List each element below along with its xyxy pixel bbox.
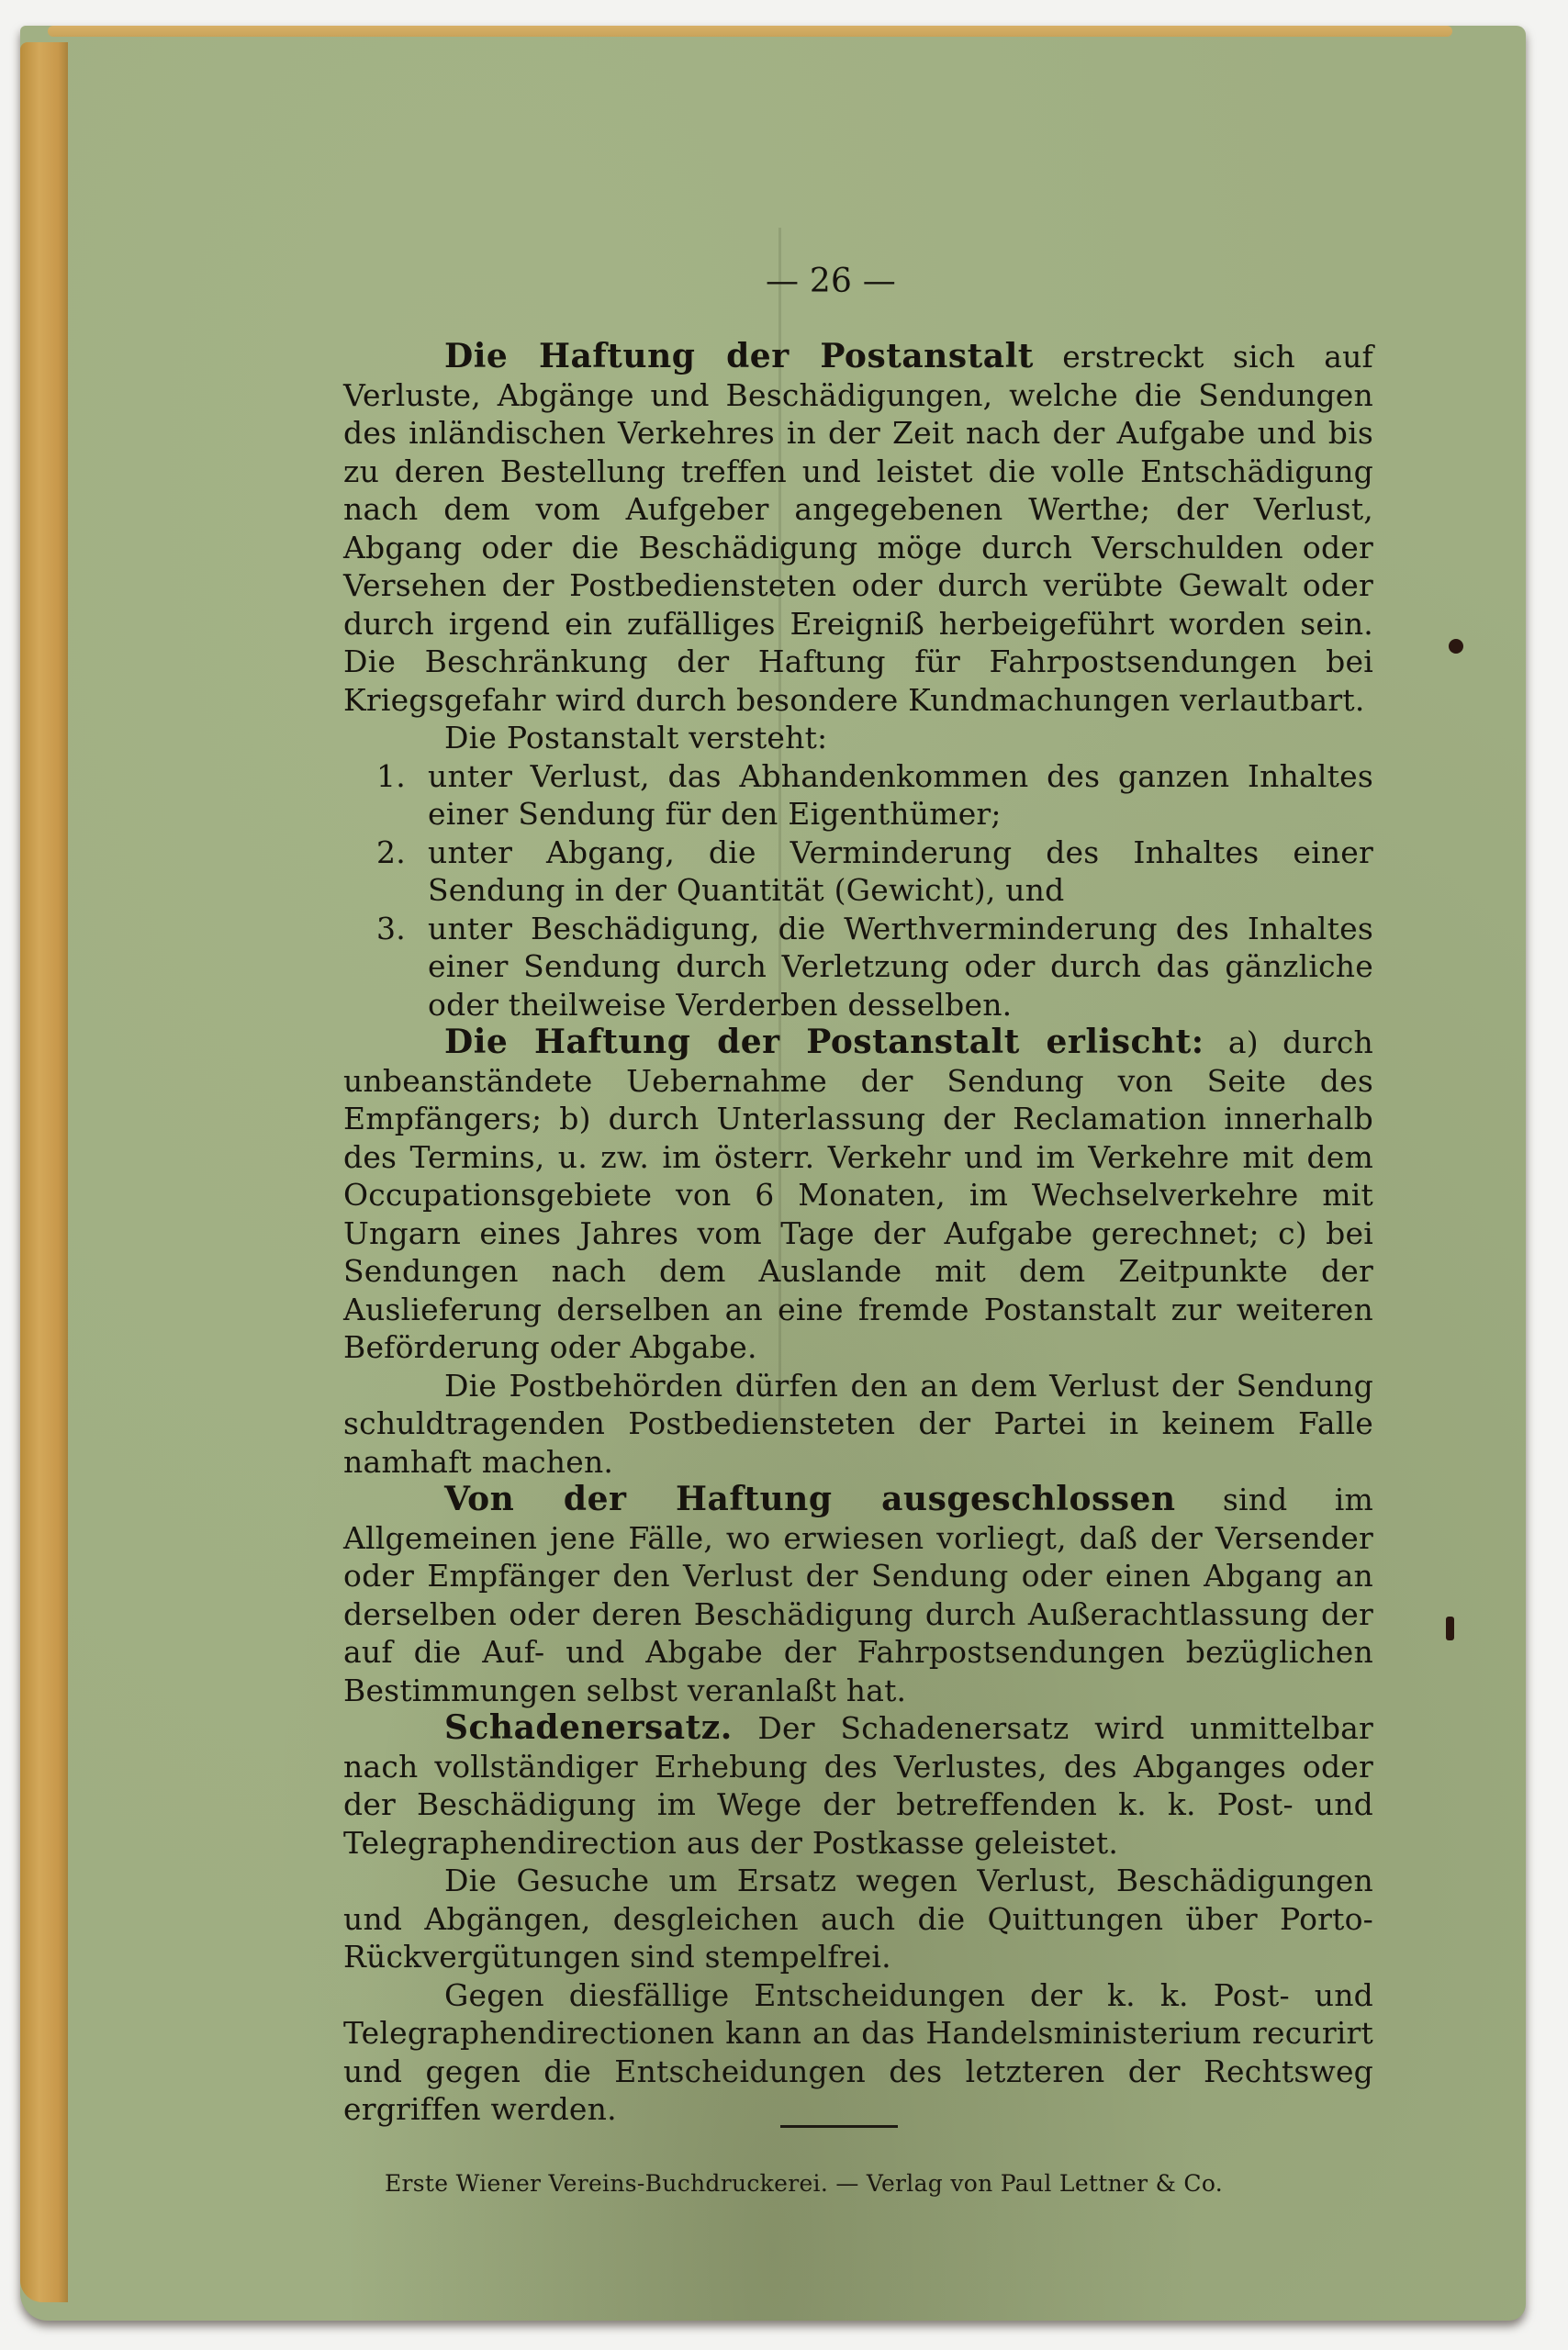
list-item: 3. unter Beschädigung, die Werthverminde… xyxy=(428,910,1373,1024)
page-number-text: — 26 — xyxy=(766,263,896,301)
paragraph-exclusions: Von der Haftung ausgeschlossen sind im A… xyxy=(343,1481,1373,1709)
paragraph-text: Gegen diesfällige Entscheidungen der k. … xyxy=(343,1977,1373,2128)
list-item: 1. unter Verlust, das Abhandenkommen des… xyxy=(428,757,1373,834)
paragraph-text: Die Postbehörden dürfen den an dem Verlu… xyxy=(343,1368,1373,1480)
body-text: Die Haftung der Postanstalt erstreckt si… xyxy=(343,338,1373,2129)
paragraph-text: Die Postanstalt versteht: xyxy=(444,720,827,755)
paragraph-appeals: Gegen diesfällige Entscheidungen der k. … xyxy=(343,1976,1373,2129)
definitions-list: 1. unter Verlust, das Abhandenkommen des… xyxy=(343,757,1373,1024)
list-item-text: unter Abgang, die Verminderung des Inhal… xyxy=(428,834,1373,909)
list-item-text: unter Beschädigung, die Werthverminderun… xyxy=(428,911,1373,1023)
printer-imprint: Erste Wiener Vereins-Buchdruckerei. — Ve… xyxy=(385,2165,1358,2203)
section-divider-rule xyxy=(780,2125,898,2128)
list-item-text: unter Verlust, das Abhandenkommen des ga… xyxy=(428,758,1373,833)
paragraph-text: Die Gesuche um Ersatz wegen Verlust, Bes… xyxy=(343,1863,1373,1975)
book-spine-edge xyxy=(20,42,68,2302)
paragraph-heading: Die Haftung der Postanstalt xyxy=(444,337,1034,375)
paragraph-compensation: Schadenersatz. Der Schadenersatz wird un… xyxy=(343,1709,1373,1862)
paragraph-intro-definitions: Die Postanstalt versteht: xyxy=(343,719,1373,757)
paragraph-stamp-free: Die Gesuche um Ersatz wegen Verlust, Bes… xyxy=(343,1862,1373,1976)
document-page: — 26 — Die Haftung der Postanstalt erstr… xyxy=(20,26,1526,2321)
page-top-edge xyxy=(48,26,1452,37)
paragraph-heading: Von der Haftung ausgeschlossen xyxy=(444,1480,1176,1518)
paragraph-text: erstreckt sich auf Verluste, Abgänge und… xyxy=(343,339,1373,718)
paragraph-liability: Die Haftung der Postanstalt erstreckt si… xyxy=(343,338,1373,719)
list-item-number: 3. xyxy=(376,910,406,948)
paragraph-text: a) durch unbeanständete Uebernahme der S… xyxy=(343,1024,1373,1365)
list-item: 2. unter Abgang, die Verminderung des In… xyxy=(428,834,1373,910)
list-item-number: 2. xyxy=(376,834,406,872)
ink-spot xyxy=(1446,1617,1454,1640)
paragraph-heading: Die Haftung der Postanstalt erlischt: xyxy=(444,1023,1204,1061)
list-item-number: 1. xyxy=(376,757,406,796)
ink-spot xyxy=(1449,639,1463,654)
paragraph-post-authorities: Die Postbehörden dürfen den an dem Verlu… xyxy=(343,1367,1373,1482)
paragraph-liability-expires: Die Haftung der Postanstalt erlischt: a)… xyxy=(343,1024,1373,1367)
paragraph-heading: Schadenersatz. xyxy=(444,1708,733,1747)
